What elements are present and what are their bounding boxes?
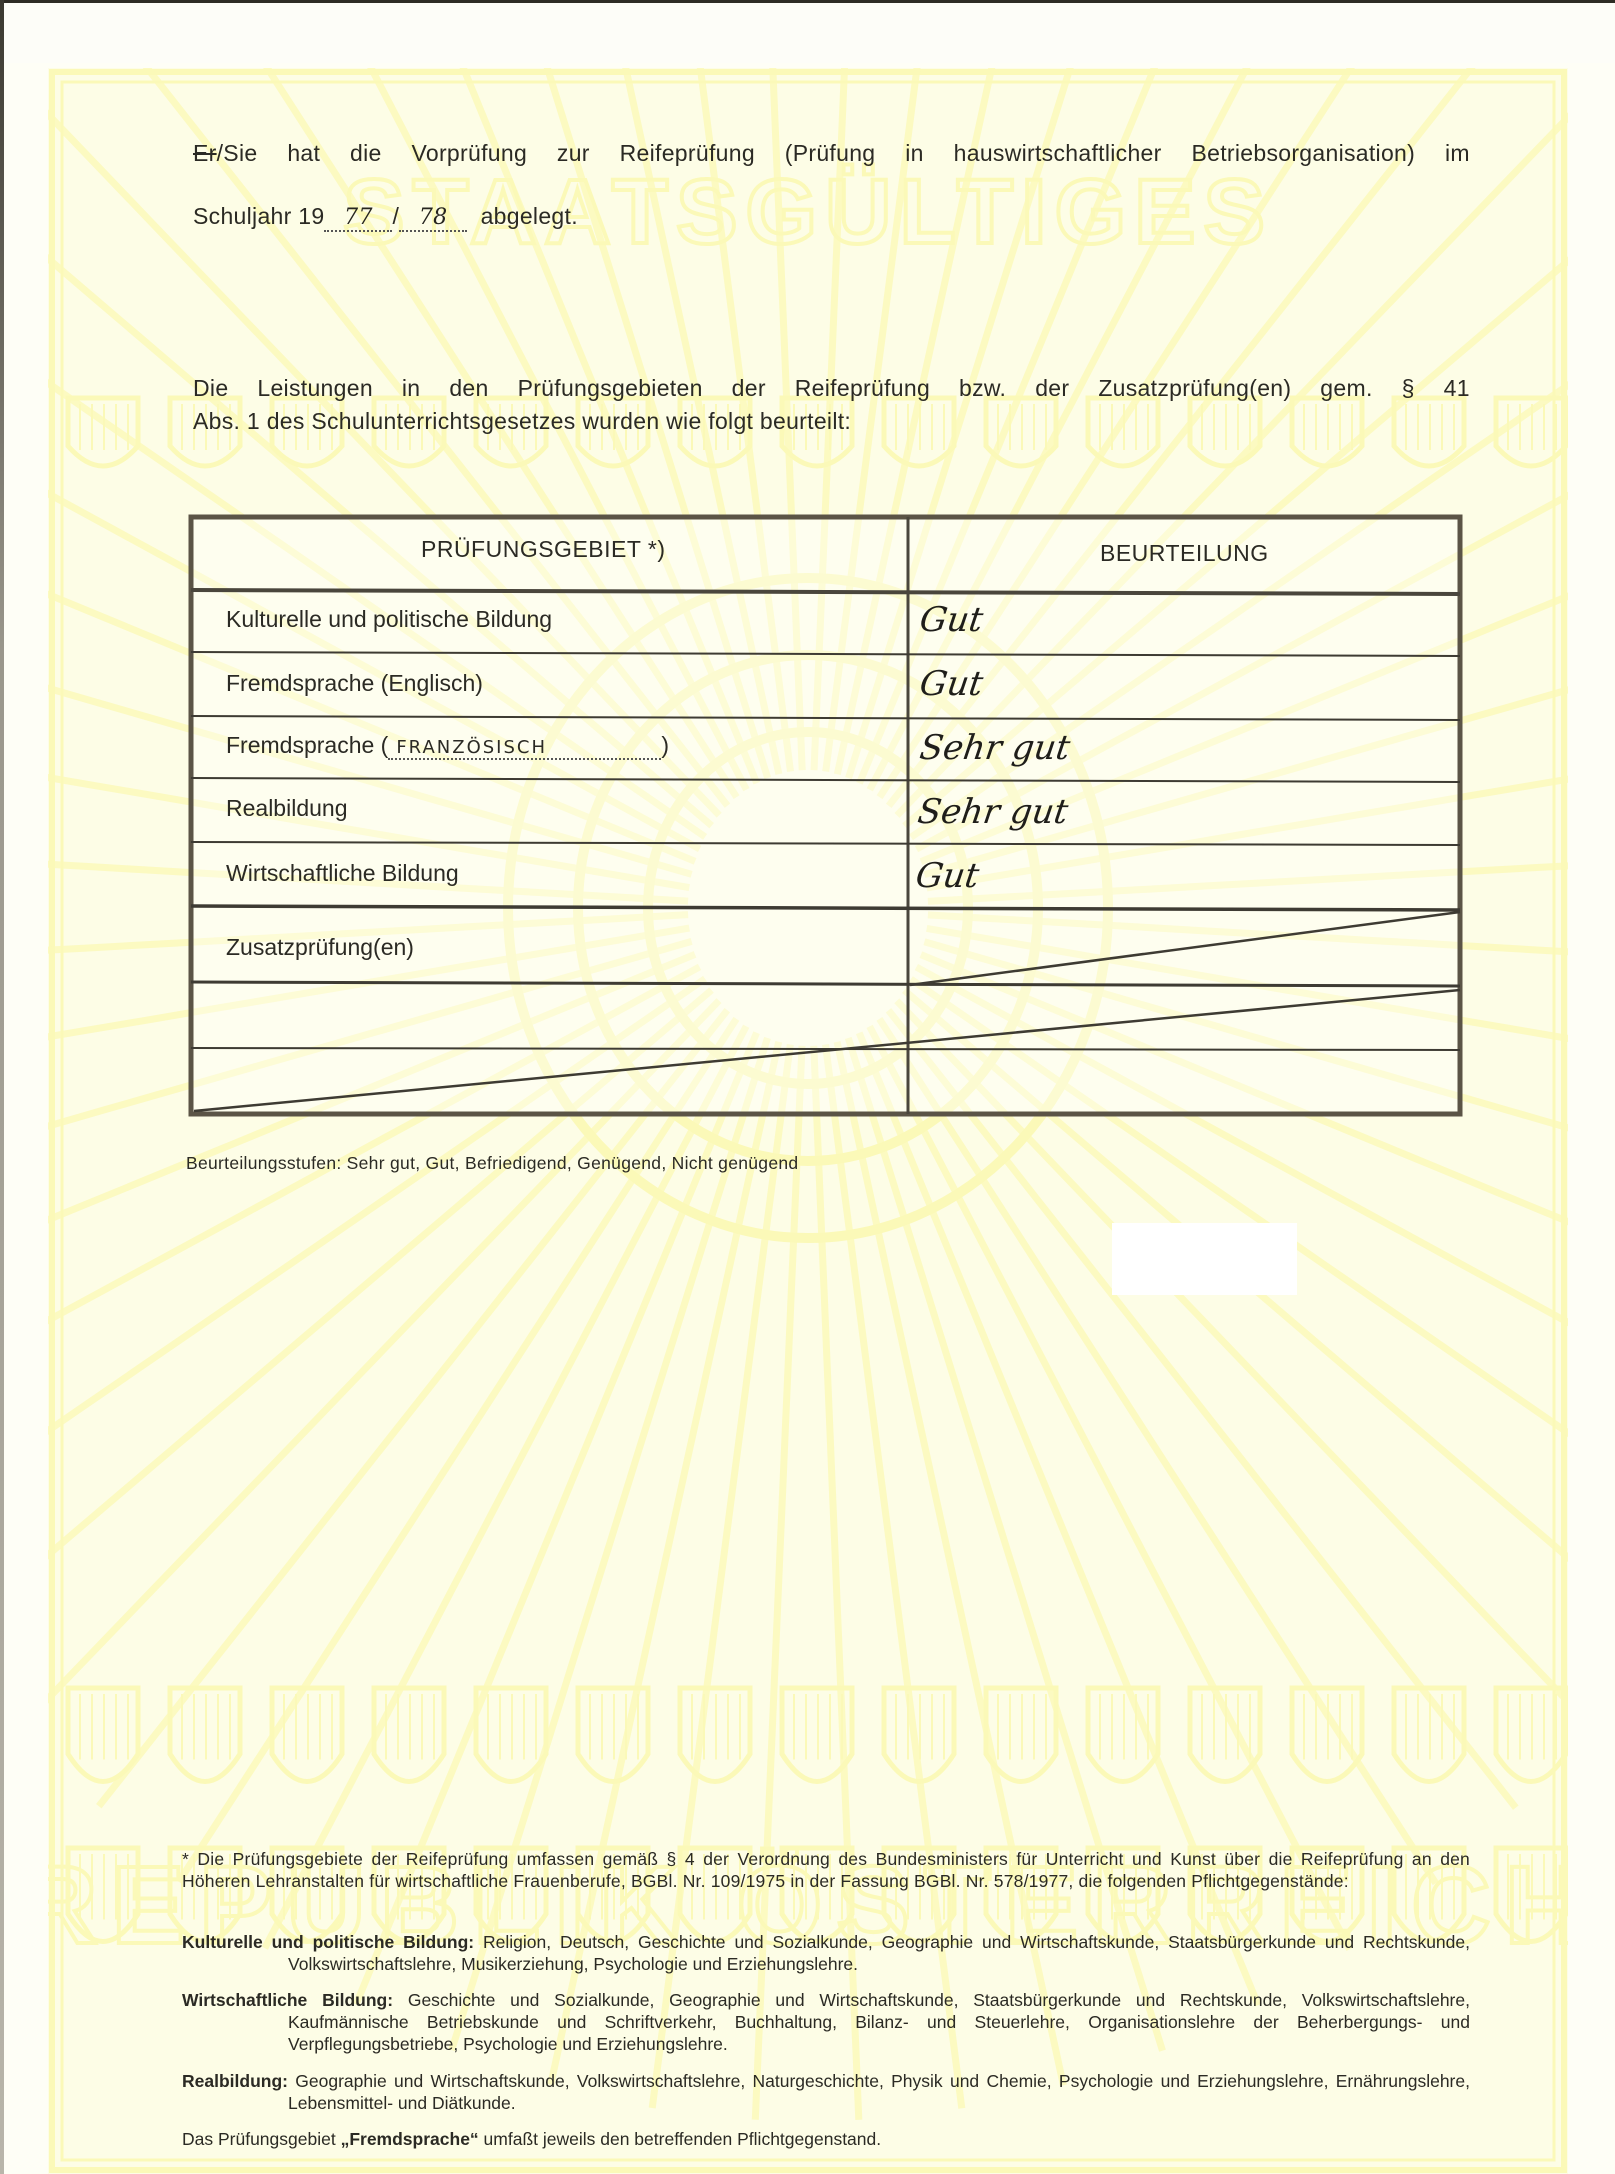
grade-field-3[interactable]: Sehr gut [917,728,1072,768]
footnote-realbildung: Realbildung: Geographie und Wirtschaftsk… [182,2070,1470,2114]
intro-word: in [905,140,924,167]
assessment-intro-line-2: Abs. 1 des Schulunterrichtsgesetzes wurd… [193,405,1470,438]
footnote-text-wirtschaftliche: Geschichte und Sozialkunde, Geographie u… [288,1990,1470,2054]
assessment-word: Leistungen [257,372,373,405]
school-year-suffix: abgelegt. [481,203,578,229]
assessment-word: Die [193,372,228,405]
footnote-wirtschaftliche-bildung: Wirtschaftliche Bildung: Geschichte und … [182,1989,1470,2055]
intro-word: Vorprüfung [412,140,528,167]
intro-word: Reifeprüfung [620,140,755,167]
footnote-fremdsprache-suffix: umfaßt jeweils den betreffenden Pflichtg… [479,2129,881,2149]
assessment-word: in [402,372,421,405]
grading-scale-note: Beurteilungsstufen: Sehr gut, Gut, Befri… [186,1153,798,1174]
row-subject-1: Kulturelle und politische Bildung [226,606,552,633]
footnote-text-realbildung: Geographie und Wirtschaftskunde, Volkswi… [288,2071,1470,2113]
intro-word: Betriebsorganisation) [1191,140,1415,167]
footnote-label-realbildung: Realbildung: [182,2071,288,2091]
assessment-intro-line-1: DieLeistungenindenPrüfungsgebietenderRei… [193,372,1470,405]
intro-word: die [350,140,382,167]
assessment-word: gem. [1320,372,1372,405]
footnote-intro: * Die Prüfungsgebiete der Reifeprüfung u… [182,1848,1470,1892]
intro-word: Er/Sie [193,140,257,167]
footnote-kulturelle-bildung: Kulturelle und politische Bildung: Relig… [182,1931,1470,1975]
assessment-word: den [449,372,488,405]
footnote-label-kulturelle: Kulturelle und politische Bildung: [182,1932,474,1952]
intro-word: zur [557,140,590,167]
paper-margin [4,3,1615,63]
row-subject-3: Fremdsprache (FRANZÖSISCH) [226,732,669,760]
footnote-label-wirtschaftliche: Wirtschaftliche Bildung: [182,1990,393,2010]
intro-line-2: Schuljahr 1977/78 abgelegt. [193,203,1470,232]
grade-field-2[interactable]: Gut [917,664,985,704]
assessment-word: Reifeprüfung [795,372,930,405]
row-subject-2: Fremdsprache (Englisch) [226,670,483,697]
assessment-intro: DieLeistungenindenPrüfungsgebietenderRei… [193,372,1470,438]
row-subject-3-prefix: Fremdsprache ( [226,732,388,758]
assessment-word: der [1035,372,1069,405]
intro-word: im [1445,140,1470,167]
row-subject-6: Zusatzprüfung(en) [226,934,414,961]
footnote-fremdsprache-term: „Fremdsprache“ [341,2129,479,2149]
header-subject: PRÜFUNGSGEBIET *) [421,536,666,563]
scan-edge-left [0,0,4,2174]
intro-word: hat [287,140,320,167]
school-year-to-field[interactable]: 78 [399,205,467,232]
footnote-fremdsprache-prefix: Das Prüfungsgebiet [182,2129,341,2149]
row-subject-5: Wirtschaftliche Bildung [226,860,459,887]
assessment-word: Zusatzprüfung(en) [1098,372,1291,405]
grade-field-1[interactable]: Gut [917,600,985,640]
blank-label-area [1112,1223,1297,1295]
intro-line-1: Er/SiehatdieVorprüfungzurReifeprüfung(Pr… [193,140,1470,167]
table-grid [188,514,1465,1119]
assessment-word: 41 [1444,372,1470,405]
grade-field-4[interactable]: Sehr gut [915,792,1070,832]
intro-word: (Prüfung [785,140,876,167]
header-grade: BEURTEILUNG [1100,540,1269,567]
row-subject-4: Realbildung [226,795,347,822]
footnote-fremdsprache: Das Prüfungsgebiet „Fremdsprache“ umfaßt… [182,2128,1470,2150]
foreign-language-field[interactable]: FRANZÖSISCH [388,737,661,760]
assessment-word: § [1402,372,1415,405]
grade-field-5[interactable]: Gut [913,856,981,896]
school-year-from-field[interactable]: 77 [324,205,392,232]
assessment-word: der [732,372,766,405]
school-year-separator: / [392,203,399,229]
grade-table: PRÜFUNGSGEBIET *) BEURTEILUNG Kulturelle… [188,514,1465,1119]
crossed-out-pronoun: Er [193,140,217,166]
row-subject-3-suffix: ) [661,732,669,758]
school-year-label: Schuljahr 19 [193,203,324,229]
intro-word: hauswirtschaftlicher [954,140,1162,167]
assessment-word: bzw. [959,372,1006,405]
assessment-word: Prüfungsgebieten [518,372,703,405]
